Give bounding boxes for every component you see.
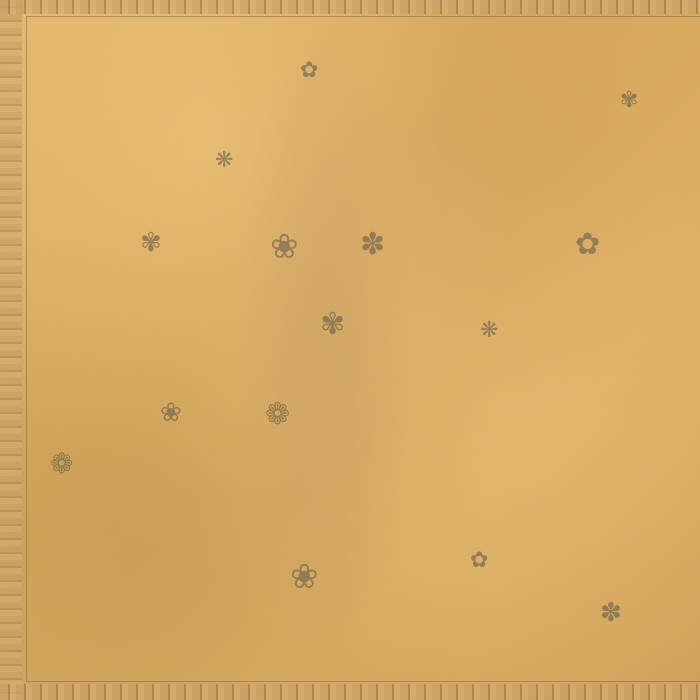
floral-motif: ❁ <box>50 450 73 478</box>
floral-motif: ❀ <box>270 230 299 264</box>
floral-motif: ✿ <box>300 60 318 82</box>
floral-motif: ❋ <box>480 320 498 342</box>
floral-motif: ❁ <box>265 400 290 430</box>
floral-motif: ✾ <box>140 230 162 256</box>
rug-image: ✿ ❀ ✾ ❁ ❀ ✽ ❋ ✿ ✾ ❁ ❋ ✽ ❀ ✿ ✾ <box>0 0 700 700</box>
floral-motif: ✾ <box>320 310 345 340</box>
floral-motif: ❋ <box>215 150 233 172</box>
rug-top-border <box>0 0 700 14</box>
rug-side-border <box>0 0 22 700</box>
floral-motif: ❀ <box>160 400 182 426</box>
floral-motif: ✽ <box>600 600 622 626</box>
floral-motif: ✿ <box>470 550 488 572</box>
central-floral-column <box>235 20 415 690</box>
floral-motif: ✾ <box>620 90 638 112</box>
floral-motif: ✽ <box>360 230 385 260</box>
floral-motif: ✿ <box>575 230 600 260</box>
floral-motif: ❀ <box>290 560 319 594</box>
